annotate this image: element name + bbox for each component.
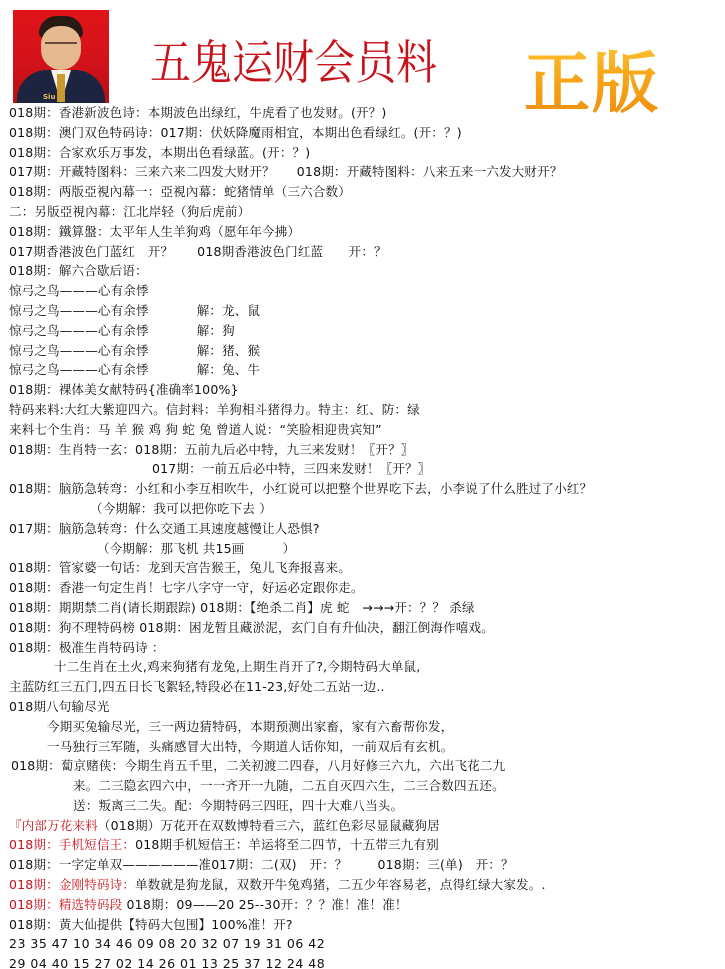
header-banner: Siu 五鬼运财会员料 正版 [0, 0, 725, 104]
highlight-label: 018期：金刚特码诗： [9, 877, 135, 892]
text-segment: 018期：一字定单双——————准017期：二(双) 开：？ [9, 857, 347, 872]
poem-line: 一马独行三军随，头痛感冒大出特，今期道人话你知，一前双后有玄机。 [9, 737, 725, 757]
riddle-text: 惊弓之鸟———心有余悸 [9, 323, 149, 338]
riddle-line: 惊弓之鸟———心有余悸解：狗 [9, 321, 725, 341]
text-line: 018期：生肖特一玄：018期：五前九后必中特，九三来发财！〖开？〗 [9, 440, 725, 460]
text-line: 018期：澳门双色特码诗：017期：伏妖降魔雨相宜，本期出色看绿红。(开：？) [9, 123, 725, 143]
text-line: 018期：蔔京赌侠：今期生肖五千里，二关初渡二四春，八月好修三六九，六出飞花二九 [9, 756, 725, 776]
text-segment: 018期：09——20 25--30开：？？准！准！准！ [122, 897, 407, 912]
text-line: 017期香港波色门蓝红 开？018期香港波色门红蓝 开：？ [9, 242, 725, 262]
poem-line: 送：叛离三二失。配：今期特码三四旺，四十大难八当头。 [9, 796, 725, 816]
number-row: 29 04 40 15 27 02 14 26 01 13 25 37 12 2… [9, 954, 725, 969]
text-line: 018期：香港新波色诗：本期波色出绿红，牛虎看了也发财。(开？) [9, 103, 725, 123]
text-line: 018期：裸体美女献特码{准确率100%} [9, 380, 725, 400]
portrait-tie [57, 74, 65, 102]
text-segment: 单数就是狗龙鼠，双数开牛兔鸡猪，二五少年容易老，点得红绿大家发。. [135, 877, 546, 892]
text-line: 018期：金刚特码诗：单数就是狗龙鼠，双数开牛兔鸡猪，二五少年容易老，点得红绿大… [9, 875, 725, 895]
text-line: 018期：狗不理特码榜 018期：困龙暂且藏淤泥，玄门自有升仙决，翻江倒海作嘻戏… [9, 618, 725, 638]
portrait-glasses [45, 42, 77, 50]
poem-line: 十二生肖在土火,鸡来狗猪有龙兔,上期生肖开了?,今期特码大单鼠, [9, 657, 725, 677]
text-segment: 017期：开藏特图料：三来六来二四发大财开？ [9, 164, 275, 179]
text-line: 『内部万花来料（018期）万花开在双数博特看三六，蓝红色彩尽显鼠藏狗居 [9, 816, 725, 836]
text-line: 018期：一字定单双——————准017期：二(双) 开：？018期：三(单) … [9, 855, 725, 875]
highlight-label: 018期：精选特码段 [9, 897, 122, 912]
text-line: 018期：香港一句定生肖！七字八字守一守，好运必定跟你走。 [9, 578, 725, 598]
answer-line: （今期解：我可以把你吃下去 ） [9, 499, 725, 519]
poem-line: 来。二三隐玄四六中，一一齐开一九随，二五自灭四六生，二三合数四五还。 [9, 776, 725, 796]
text-segment: 017期香港波色门蓝红 开？ [9, 244, 173, 259]
text-line: 来料七个生肖：马 羊 猴 鸡 狗 蛇 兔 曾道人说：“笑脸相迎贵宾知” [9, 420, 725, 440]
riddle-line: 惊弓之鸟———心有余悸 [9, 281, 725, 301]
text-segment: （018期）万花开在双数博特看三六，蓝红色彩尽显鼠藏狗居 [98, 818, 440, 833]
text-line: 018期：两版亞視內幕一：亞視內幕：蛇猪情单（三六合数） [9, 182, 725, 202]
poem-line: 主蓝防红三五门,四五日长飞絮轻,特段必在11-23,好处二五站一边.. [9, 677, 725, 697]
page-title: 五鬼运财会员料 [150, 25, 437, 93]
text-line: 018期：脑筋急转弯：小红和小李互相吹牛，小红说可以把整个世界吃下去，小李说了什… [9, 479, 725, 499]
text-segment: 018期：开藏特图料：八来五来一六发大财开？ [297, 164, 563, 179]
text-segment: 018期：三(单) 开：？ [377, 857, 513, 872]
riddle-text: 惊弓之鸟———心有余悸 [9, 362, 149, 377]
highlight-label: 018期：手机短信王： [9, 837, 135, 852]
riddle-answer: 解：猪、猴 [197, 343, 261, 358]
text-line: 017期：开藏特图料：三来六来二四发大财开？018期：开藏特图料：八来五来一六发… [9, 162, 725, 182]
text-line: 018期：合家欢乐万事发，本期出色看绿蓝。(开：？) [9, 143, 725, 163]
poem-line: 今期买兔输尽光，三一两边猜特码，本期预测出家畜，家有六畜帮你发， [9, 717, 725, 737]
number-row: 23 35 47 10 34 46 09 08 20 32 07 19 31 0… [9, 934, 725, 954]
riddle-answer: 解：狗 [197, 323, 235, 338]
riddle-text: 惊弓之鸟———心有余悸 [9, 343, 149, 358]
text-line: 018期：精选特码段 018期：09——20 25--30开：？？准！准！准！ [9, 895, 725, 915]
text-line: 018期：管家婆一句话：龙到天宫告猴王，兔儿飞奔报喜来。 [9, 558, 725, 578]
text-line: 017期：一前五后必中特，三四来发财！〖开？〗 [9, 459, 725, 479]
riddle-answer: 解：兔、牛 [197, 362, 261, 377]
text-line: 018期：鐵算盤：太平年人生羊狗鸡（愿年年今拂） [9, 222, 725, 242]
text-line: 018期：极准生肖特码诗 ： [9, 638, 725, 658]
text-line: 018期：解六合歇后语： [9, 261, 725, 281]
highlight-label: 『内部万花来料 [9, 818, 98, 833]
riddle-line: 惊弓之鸟———心有余悸解：龙、鼠 [9, 301, 725, 321]
riddle-line: 惊弓之鸟———心有余悸解：猪、猴 [9, 341, 725, 361]
riddle-answer: 解：龙、鼠 [197, 303, 261, 318]
text-segment: 018期手机短信王：羊运将至二四节，十五带三九有别 [135, 837, 439, 852]
text-line: 018期：期期禁二肖(请长期跟踪) 018期：【绝杀二肖】虎 蛇 →→→开：？？… [9, 598, 725, 618]
answer-line: （今期解：那飞机 共15画 ） [9, 539, 725, 559]
portrait-caption: Siu [43, 93, 55, 101]
text-line: 018期八句输尽光 [9, 697, 725, 717]
forecast-content: 018期：香港新波色诗：本期波色出绿红，牛虎看了也发财。(开？) 018期：澳门… [9, 103, 725, 969]
text-line: 018期：黄大仙提供【特码大包围】100%准！开? [9, 915, 725, 935]
text-line: 018期：手机短信王：018期手机短信王：羊运将至二四节，十五带三九有别 [9, 835, 725, 855]
text-line: 017期：脑筋急转弯：什么交通工具速度越慢让人恐惧? [9, 519, 725, 539]
riddle-line: 惊弓之鸟———心有余悸解：兔、牛 [9, 360, 725, 380]
portrait-photo: Siu [13, 10, 109, 103]
text-line: 二：另版亞視內幕：江北岸轻（狗后虎前） [9, 202, 725, 222]
text-segment: 018期香港波色门红蓝 开：？ [197, 244, 387, 259]
riddle-text: 惊弓之鸟———心有余悸 [9, 283, 149, 298]
text-line: 特码来料:大红大紫迎四六。信封料：羊狗相斗猪得力。特主：红、防：绿 [9, 400, 725, 420]
riddle-text: 惊弓之鸟———心有余悸 [9, 303, 149, 318]
